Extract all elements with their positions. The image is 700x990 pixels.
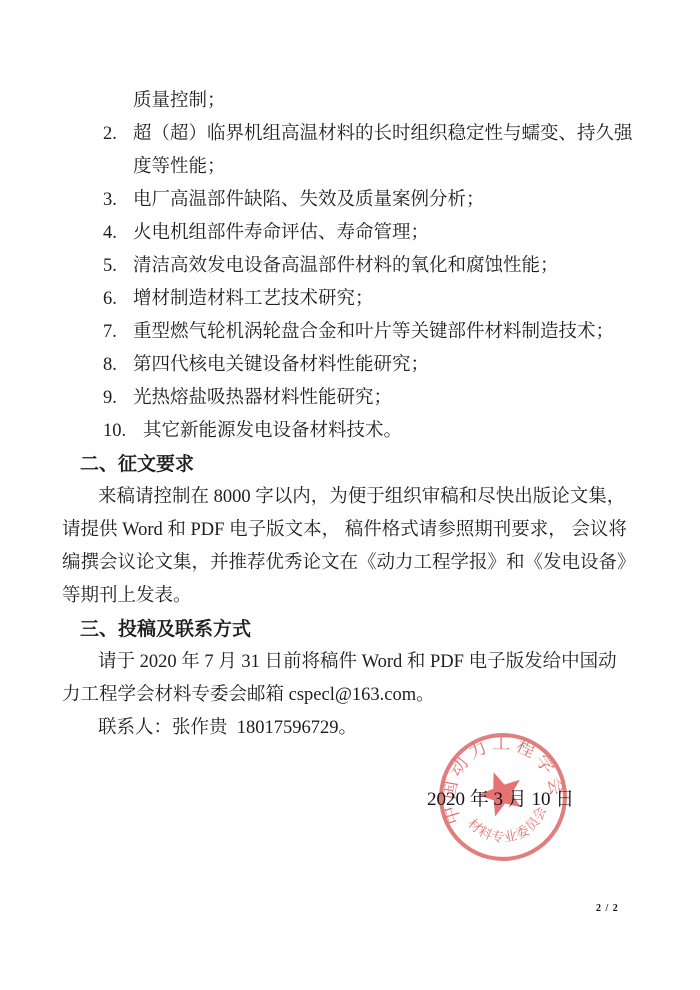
list-row: 8.第四代核电关键设备材料性能研究； bbox=[62, 349, 640, 382]
list-text: 超（超）临界机组高温材料的长时组织稳定性与蠕变、持久强 bbox=[133, 118, 640, 151]
page-number: 2 / 2 bbox=[596, 903, 619, 914]
list-row: 7.重型燃气轮机涡轮盘合金和叶片等关键部件材料制造技术； bbox=[62, 316, 640, 349]
list-text: 火电机组部件寿命评估、寿命管理； bbox=[133, 217, 640, 250]
list-row: 9.光热熔盐吸热器材料性能研究； bbox=[62, 382, 640, 415]
list-text: 光热熔盐吸热器材料性能研究； bbox=[133, 382, 640, 415]
date-line: 2020 年 3 月 10 日 bbox=[427, 783, 574, 816]
paragraph-line: 力工程学会材料专委会邮箱 cspecl@163.com。 bbox=[62, 679, 640, 712]
list-text: 清洁高效发电设备高温部件材料的氧化和腐蚀性能； bbox=[133, 250, 640, 283]
list-text: 度等性能； bbox=[133, 151, 640, 184]
list-text: 其它新能源发电设备材料技术。 bbox=[143, 415, 640, 448]
list-text: 增材制造材料工艺技术研究； bbox=[133, 283, 640, 316]
list-row: 3.电厂高温部件缺陷、失效及质量案例分析； bbox=[62, 184, 640, 217]
list-number: 5. bbox=[103, 250, 117, 283]
list-row: 2.超（超）临界机组高温材料的长时组织稳定性与蠕变、持久强 bbox=[62, 118, 640, 151]
list-number: 8. bbox=[103, 349, 117, 382]
list-number: 7. bbox=[103, 316, 117, 349]
document-page: 质量控制；2.超（超）临界机组高温材料的长时组织稳定性与蠕变、持久强度等性能；3… bbox=[0, 0, 700, 990]
document-body: 质量控制；2.超（超）临界机组高温材料的长时组织稳定性与蠕变、持久强度等性能；3… bbox=[62, 85, 640, 745]
list-row: 10.其它新能源发电设备材料技术。 bbox=[62, 415, 640, 448]
list-number: 4. bbox=[103, 217, 117, 250]
list-text: 重型燃气轮机涡轮盘合金和叶片等关键部件材料制造技术； bbox=[133, 316, 640, 349]
list-row: 5.清洁高效发电设备高温部件材料的氧化和腐蚀性能； bbox=[62, 250, 640, 283]
paragraph-line: 请提供 Word 和 PDF 电子版文本， 稿件格式请参照期刊要求， 会议将 bbox=[62, 514, 640, 547]
list-number: 10. bbox=[103, 415, 126, 448]
list-number: 6. bbox=[103, 283, 117, 316]
topic-list: 质量控制；2.超（超）临界机组高温材料的长时组织稳定性与蠕变、持久强度等性能；3… bbox=[62, 85, 640, 448]
list-row: 6.增材制造材料工艺技术研究； bbox=[62, 283, 640, 316]
section-heading-3: 三、投稿及联系方式 bbox=[62, 613, 640, 646]
list-number: 2. bbox=[103, 118, 117, 151]
paragraph-line: 来稿请控制在 8000 字以内，为便于组织审稿和尽快出版论文集， bbox=[62, 481, 640, 514]
list-row: 4.火电机组部件寿命评估、寿命管理； bbox=[62, 217, 640, 250]
list-text: 第四代核电关键设备材料性能研究； bbox=[133, 349, 640, 382]
section2-lines: 来稿请控制在 8000 字以内，为便于组织审稿和尽快出版论文集，请提供 Word… bbox=[62, 481, 640, 613]
list-number: 3. bbox=[103, 184, 117, 217]
list-number: 9. bbox=[103, 382, 117, 415]
paragraph-line: 编撰会议论文集，并推荐优秀论文在《动力工程学报》和《发电设备》 bbox=[62, 547, 640, 580]
list-text: 电厂高温部件缺陷、失效及质量案例分析； bbox=[133, 184, 640, 217]
section-heading-2: 二、征文要求 bbox=[62, 448, 640, 481]
list-row: 质量控制； bbox=[62, 85, 640, 118]
list-row: 度等性能； bbox=[62, 151, 640, 184]
list-text: 质量控制； bbox=[133, 85, 640, 118]
paragraph-line: 等期刊上发表。 bbox=[62, 580, 640, 613]
paragraph-line: 请于 2020 年 7 月 31 日前将稿件 Word 和 PDF 电子版发给中… bbox=[62, 646, 640, 679]
